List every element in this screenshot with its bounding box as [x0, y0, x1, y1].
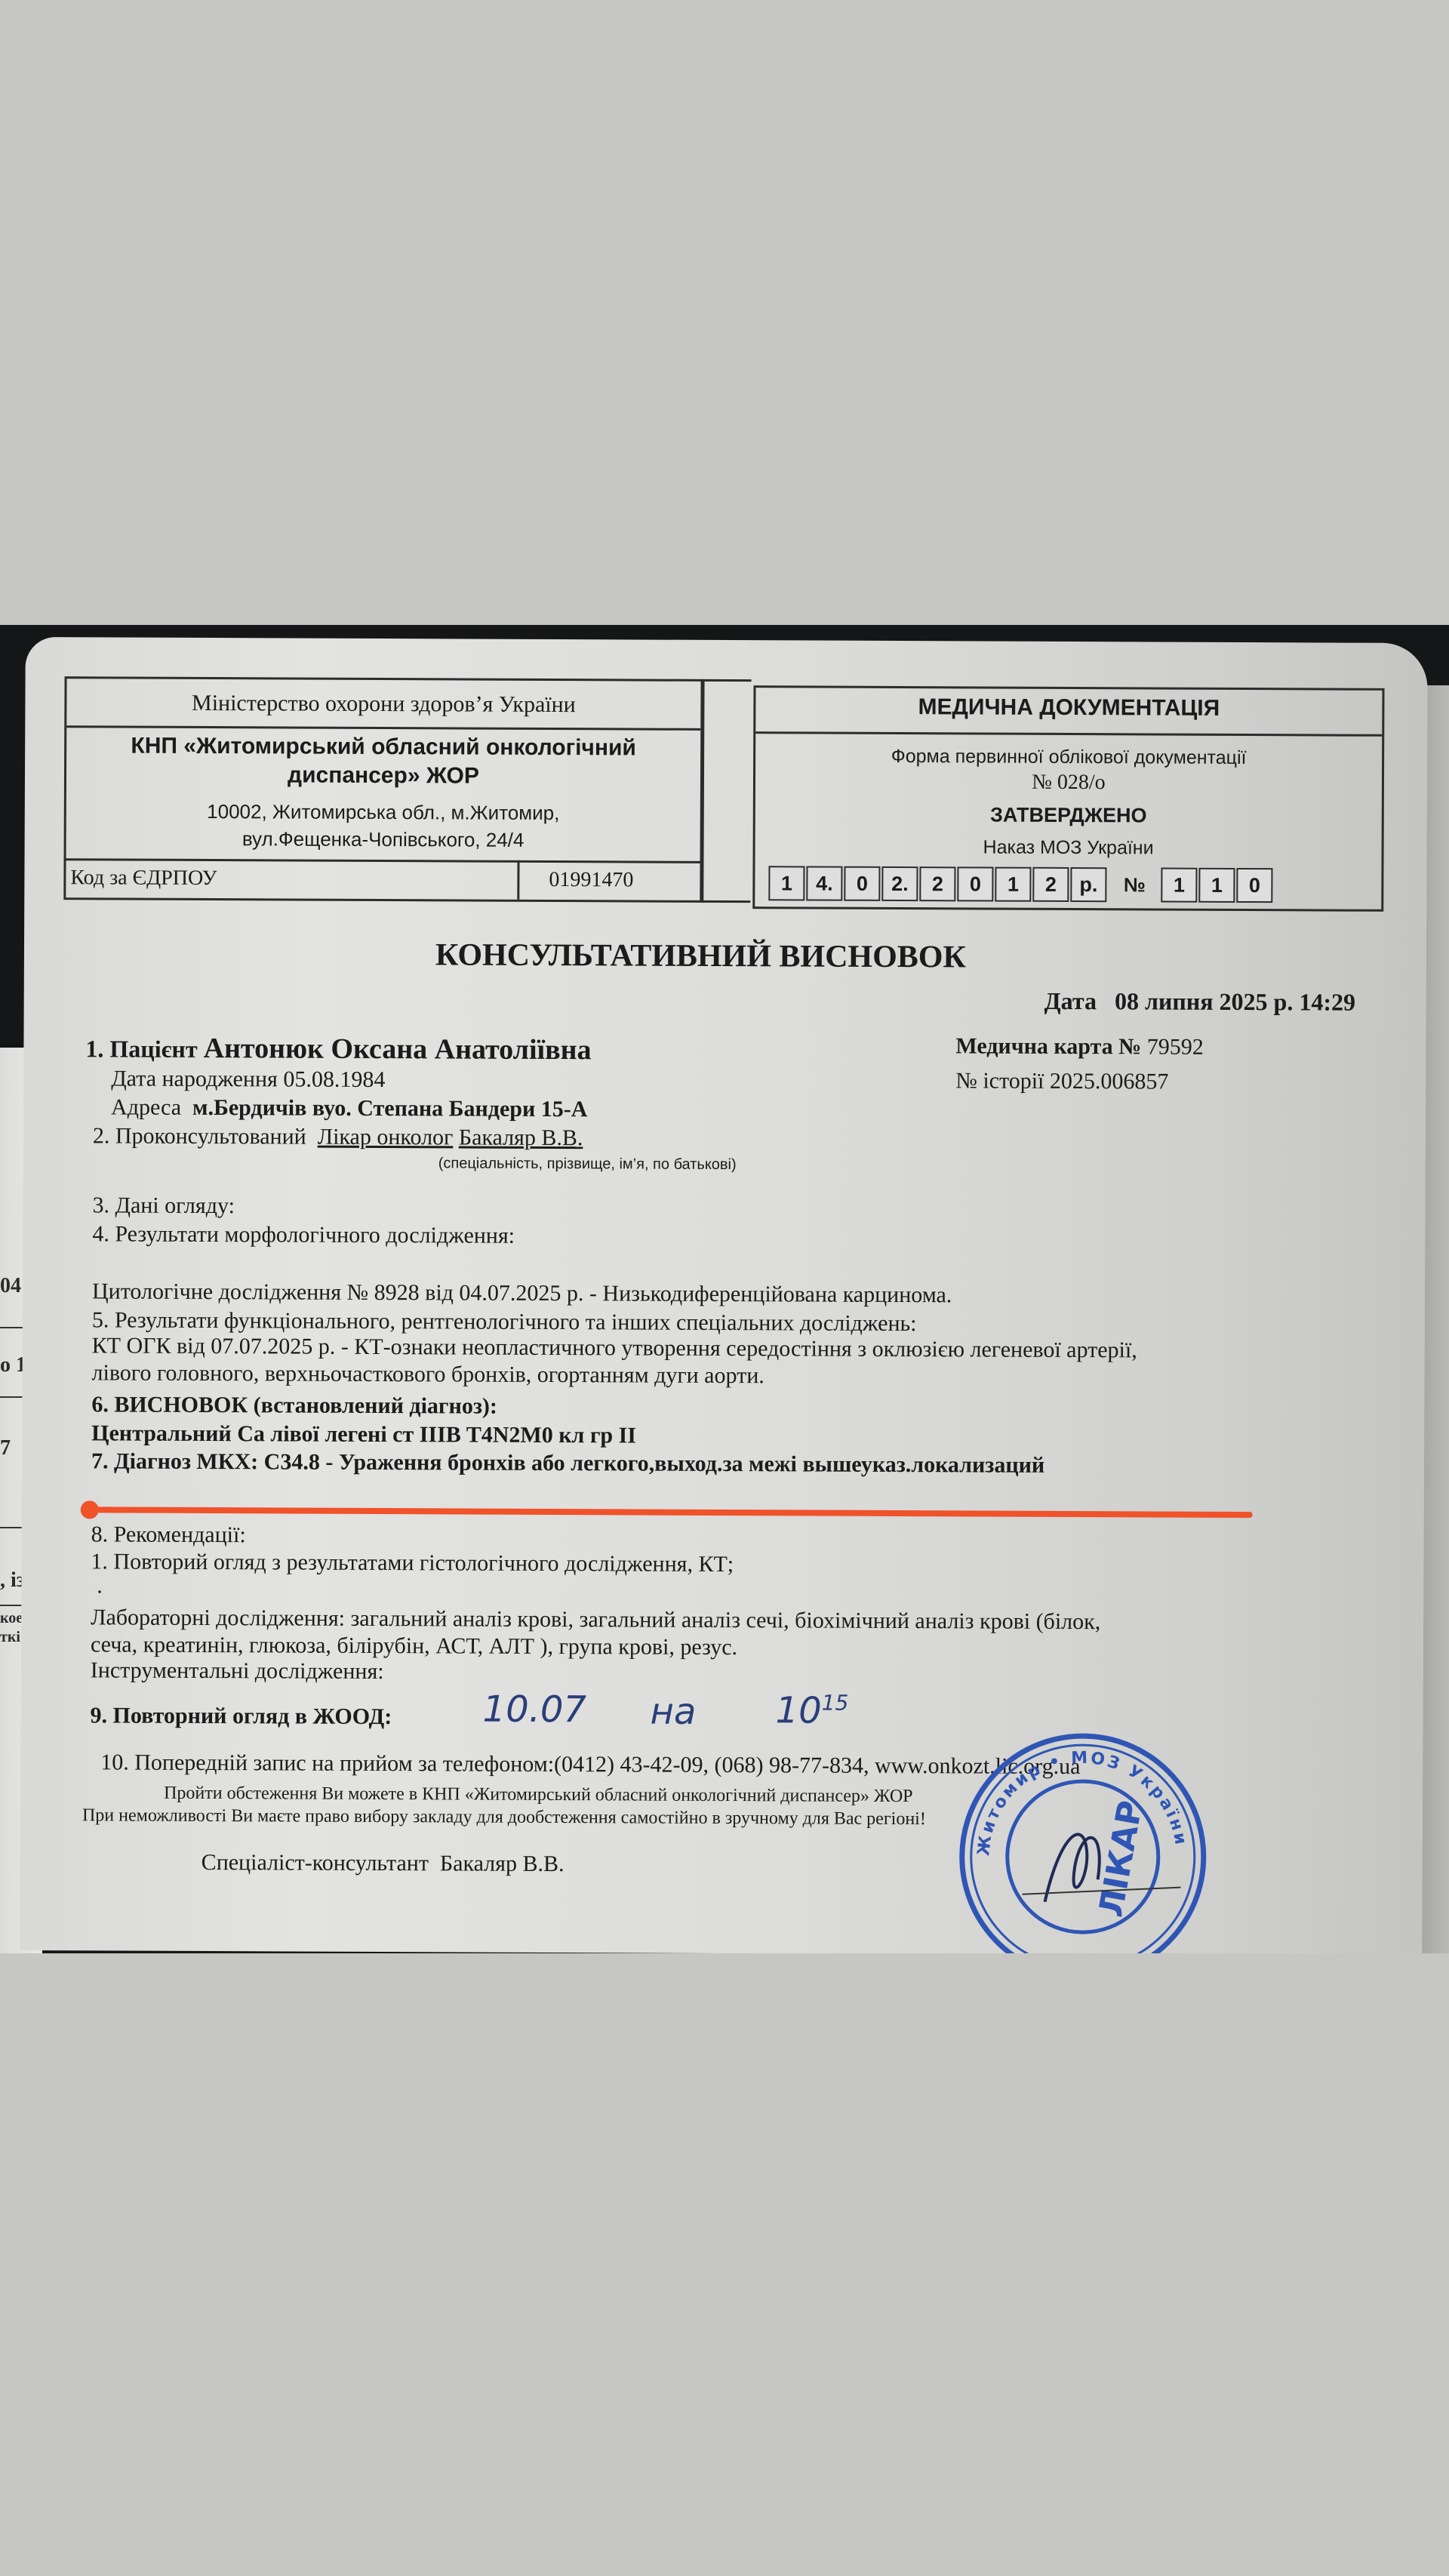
order-date-digit: 2	[1032, 867, 1069, 902]
handwritten-time: 1015	[775, 1689, 848, 1731]
ministry-name: Міністерство охорони здоров’я України	[66, 683, 700, 725]
patient-row: 1. Пацієнт Антонюк Оксана Анатоліївна	[85, 1031, 591, 1066]
order-number-digit: 0	[1236, 868, 1272, 903]
conclusion-diagnosis: Центральний Са лівої легені ст IIIB T4N2…	[91, 1420, 636, 1448]
order-number-label: №	[1108, 867, 1161, 902]
section-4: 4. Результати морфологічного дослідження…	[92, 1221, 515, 1248]
date-of-birth: Дата народження 05.08.1984	[111, 1066, 385, 1093]
institution-address-line1: 10002, Житомирська обл., м.Житомир,	[66, 799, 700, 826]
ct-result-line1: КТ ОГК від 07.07.2025 р. - КТ-ознаки нео…	[92, 1333, 1137, 1363]
edrpou-label: Код за ЄДРПОУ	[70, 866, 217, 891]
highlight-underline	[87, 1507, 1253, 1518]
dob-label: Дата народження	[111, 1066, 278, 1091]
medical-documentation-title: МЕДИЧНА ДОКУМЕНТАЦІЯ	[755, 694, 1382, 722]
consulted-by: 2. Проконсультований Лікар онколог Бакал…	[93, 1123, 583, 1151]
cytology-result: Цитологічне дослідження № 8928 від 04.07…	[92, 1279, 952, 1308]
icd-diagnosis: 7. Діагноз МКХ: С34.8 - Ураження бронхів…	[91, 1448, 1044, 1479]
approved-label: ЗАТВЕРДЖЕНО	[755, 802, 1382, 829]
signature-line: Спеціаліст-консультант Бакаляр В.В.	[202, 1850, 565, 1877]
lab-tests-line1: Лабораторні дослідження: загальний аналі…	[91, 1605, 1100, 1635]
choice-right-note: При неможливості Ви маєте право вибору з…	[82, 1805, 926, 1830]
form-label: Форма первинної облікової документації	[755, 745, 1382, 770]
recommendation-1: 1. Повторий огляд з результатами гістоло…	[91, 1549, 734, 1577]
order-number-digit: 1	[1161, 868, 1197, 903]
consulted-name: Бакаляр В.В.	[459, 1125, 583, 1150]
address-value: м.Бердичів вуо. Степана Бандери 15-А	[192, 1095, 587, 1122]
document-date: Дата 08 липня 2025 р. 14:29	[1044, 987, 1355, 1017]
institution-address-line2: вул.Фещенка-Чопівського, 24/4	[66, 826, 700, 853]
institution-header-box: Міністерство охорони здоров’я України КН…	[63, 676, 703, 903]
order-date-digit: 2.	[881, 866, 918, 901]
form-header-box: МЕДИЧНА ДОКУМЕНТАЦІЯ Форма первинної обл…	[752, 685, 1384, 912]
order-date-digit: 0	[957, 866, 993, 901]
edrpou-value: 01991470	[549, 868, 633, 892]
handwritten-at: на	[650, 1691, 696, 1733]
order-date-digit: 0	[844, 866, 880, 901]
section-8: 8. Рекомендації:	[91, 1522, 246, 1548]
date-value: 08 липня 2025 р. 14:29	[1115, 987, 1355, 1015]
official-stamp-icon: Житомир • МОЗ України ЛІКАР	[954, 1728, 1211, 1953]
consulted-hint: (спеціальність, прізвище, ім’я, по батьк…	[438, 1155, 737, 1174]
patient-address: Адреса м.Бердичів вуо. Степана Бандери 1…	[111, 1094, 588, 1122]
document-title: КОНСУЛЬТАТИВНИЙ ВИСНОВОК	[435, 937, 966, 975]
order-date-digit: 1	[995, 867, 1031, 902]
dob-value: 05.08.1984	[283, 1066, 385, 1092]
address-label: Адреса	[111, 1094, 181, 1119]
medical-card: Медична карта № 79592	[955, 1033, 1204, 1060]
date-label: Дата	[1044, 987, 1097, 1014]
order-date-digit: р.	[1070, 867, 1106, 902]
consulted-specialty: Лікар онколог	[318, 1125, 454, 1150]
institution-name-line1: КНП «Житомирський обласний онкологічний	[66, 733, 700, 762]
section-6: 6. ВИСНОВОК (встановлений діагноз):	[91, 1392, 497, 1419]
consulted-label: 2. Проконсультований	[93, 1123, 306, 1149]
form-number: № 028/о	[755, 769, 1382, 796]
consultation-document: Міністерство охорони здоров’я України КН…	[20, 637, 1428, 1953]
highlight-dot	[81, 1500, 99, 1519]
order-date-digit: 4.	[806, 866, 842, 900]
section-9: 9. Повторний огляд в ЖООД:	[90, 1703, 392, 1730]
patient-name: Антонюк Оксана Анатоліївна	[204, 1033, 592, 1066]
examination-note: Пройти обстеження Ви можете в КНП «Житом…	[164, 1784, 913, 1807]
section-5: 5. Результати функціонального, рентгенол…	[92, 1307, 917, 1337]
stray-dot: .	[97, 1573, 103, 1599]
left-sheet-fragment: 04	[0, 1274, 21, 1298]
history-value: 2025.006857	[1050, 1069, 1169, 1094]
instrumental-tests: Інструментальні дослідження:	[91, 1657, 384, 1685]
order-label: Наказ МОЗ України	[755, 836, 1382, 860]
document-photo: 04 о 1 7 , із кое ткі Міністерство охоро…	[0, 625, 1449, 1953]
history-label: № історії	[955, 1068, 1044, 1094]
left-sheet-fragment: 7	[0, 1436, 11, 1460]
signature-name: Бакаляр В.В.	[440, 1851, 565, 1876]
order-number-digit: 1	[1198, 868, 1235, 903]
handwritten-minutes: 15	[822, 1691, 849, 1716]
handwritten-date: 10.07	[482, 1688, 586, 1731]
left-sheet-fragment: ткі	[0, 1629, 20, 1646]
order-date-digit: 1	[768, 866, 804, 900]
ct-result-line2: лівого головного, верхньочасткового брон…	[91, 1360, 764, 1389]
left-sheet-fragment: кое	[0, 1610, 23, 1627]
patient-label: 1. Пацієнт	[85, 1035, 197, 1063]
handwritten-hour: 10	[775, 1689, 821, 1731]
lab-tests-line2: сеча, креатинін, глюкоза, білірубін, АСТ…	[91, 1632, 737, 1660]
section-3: 3. Дані огляду:	[92, 1193, 235, 1219]
order-date-digit: 2	[919, 866, 955, 901]
institution-name-line2: диспансер» ЖОР	[66, 762, 700, 790]
medical-card-label: Медична карта №	[955, 1033, 1141, 1059]
medical-card-value: 79592	[1147, 1034, 1204, 1059]
section-10-appointment: 10. Попередній запис на прийом за телефо…	[100, 1750, 1080, 1780]
signature-label: Спеціаліст-консультант	[202, 1850, 429, 1876]
history-number: № історії 2025.006857	[955, 1068, 1168, 1094]
order-date-and-number: 1 4. 0 2. 2 0 1 2 р. № 1 1 0	[768, 866, 1274, 903]
header-divider	[701, 679, 751, 903]
